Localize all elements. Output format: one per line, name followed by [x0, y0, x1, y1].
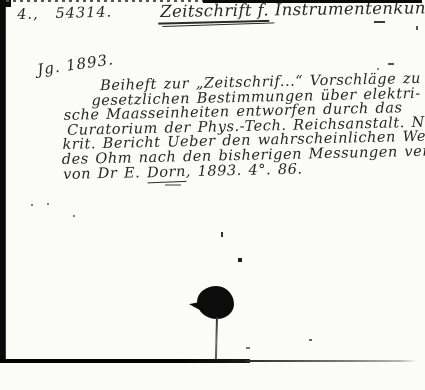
scan-speck	[47, 203, 49, 205]
journal-title: Zeitschrift f. Instrumentenkunde.	[160, 0, 425, 21]
volume-year: Jg. 1893.	[36, 50, 115, 79]
call-number: 4., 54314.	[17, 5, 112, 23]
scanned-catalog-card: 4., 54314. Zeitschrift f. Instrumentenku…	[0, 0, 425, 390]
scan-speck	[416, 26, 418, 30]
scan-edge-bottom-left	[0, 359, 250, 363]
scan-edge-top-dotted	[6, 0, 206, 2]
scan-edge-bottom-right	[245, 360, 417, 362]
scan-edge-top-solid	[203, 0, 422, 3]
scan-speck	[73, 215, 75, 217]
scan-speck	[221, 232, 223, 237]
scan-speck	[388, 63, 394, 65]
journal-title-underlined: Zeitschrift f.	[160, 0, 269, 21]
note-imprint: , 1893. 4°. 86.	[186, 161, 303, 180]
scan-edge-left	[0, 0, 6, 363]
bibliographic-note: Beiheft zur „Zeitschrif...“ Vorschläge z…	[60, 72, 425, 184]
author-name: Dorn	[147, 164, 186, 182]
ink-blot	[197, 286, 234, 319]
scan-speck	[165, 184, 181, 186]
scan-speck	[246, 347, 250, 349]
scan-speck	[309, 339, 312, 341]
note-author-prefix: von Dr E.	[63, 165, 147, 183]
scan-speck	[31, 204, 33, 206]
ink-blot-drip	[215, 317, 218, 361]
pen-dash	[374, 21, 385, 23]
scan-speck	[238, 258, 242, 262]
scan-speck	[377, 68, 379, 70]
